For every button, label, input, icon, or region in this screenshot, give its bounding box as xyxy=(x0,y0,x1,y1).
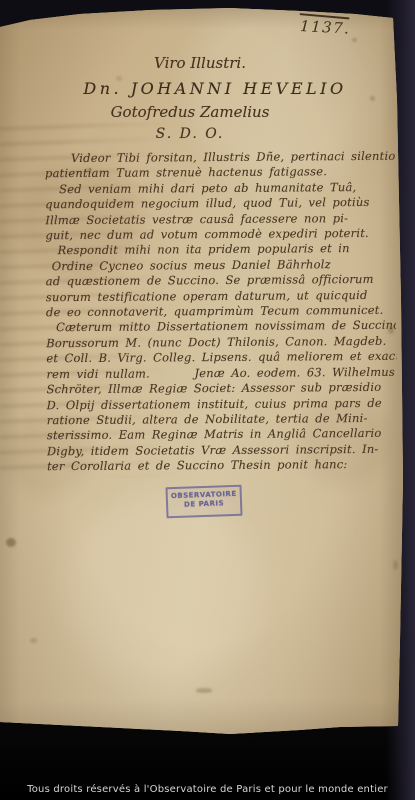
manuscript-paper: 1137. Viro Illustri. Dn. JOHANNI HEVELIO… xyxy=(0,0,404,736)
letter-address-line: Viro Illustri. xyxy=(22,54,378,72)
age-spot xyxy=(196,688,212,693)
letter-greeting: S. D. O. xyxy=(12,126,368,142)
archive-number: 1137. xyxy=(300,17,377,39)
age-spot xyxy=(393,560,398,570)
body-line: ter Corollaria et de Succino Thesin poni… xyxy=(47,457,397,475)
letter-recipient: Dn. JOHANNI HEVELIO xyxy=(37,79,393,98)
letter-body: Videor Tibi forsitan, Illustris Dñe, per… xyxy=(45,149,397,475)
age-spot xyxy=(352,38,357,42)
age-spot xyxy=(30,638,37,643)
age-spot xyxy=(6,538,16,547)
observatory-stamp: OBSERVATOIRE DE PARIS xyxy=(165,485,242,519)
scan-background: 1137. Viro Illustri. Dn. JOHANNI HEVELIO… xyxy=(0,0,415,800)
letter-sender: Gotofredus Zamelius xyxy=(12,103,368,121)
bottom-caption: Tous droits réservés à l'Observatoire de… xyxy=(0,784,415,795)
